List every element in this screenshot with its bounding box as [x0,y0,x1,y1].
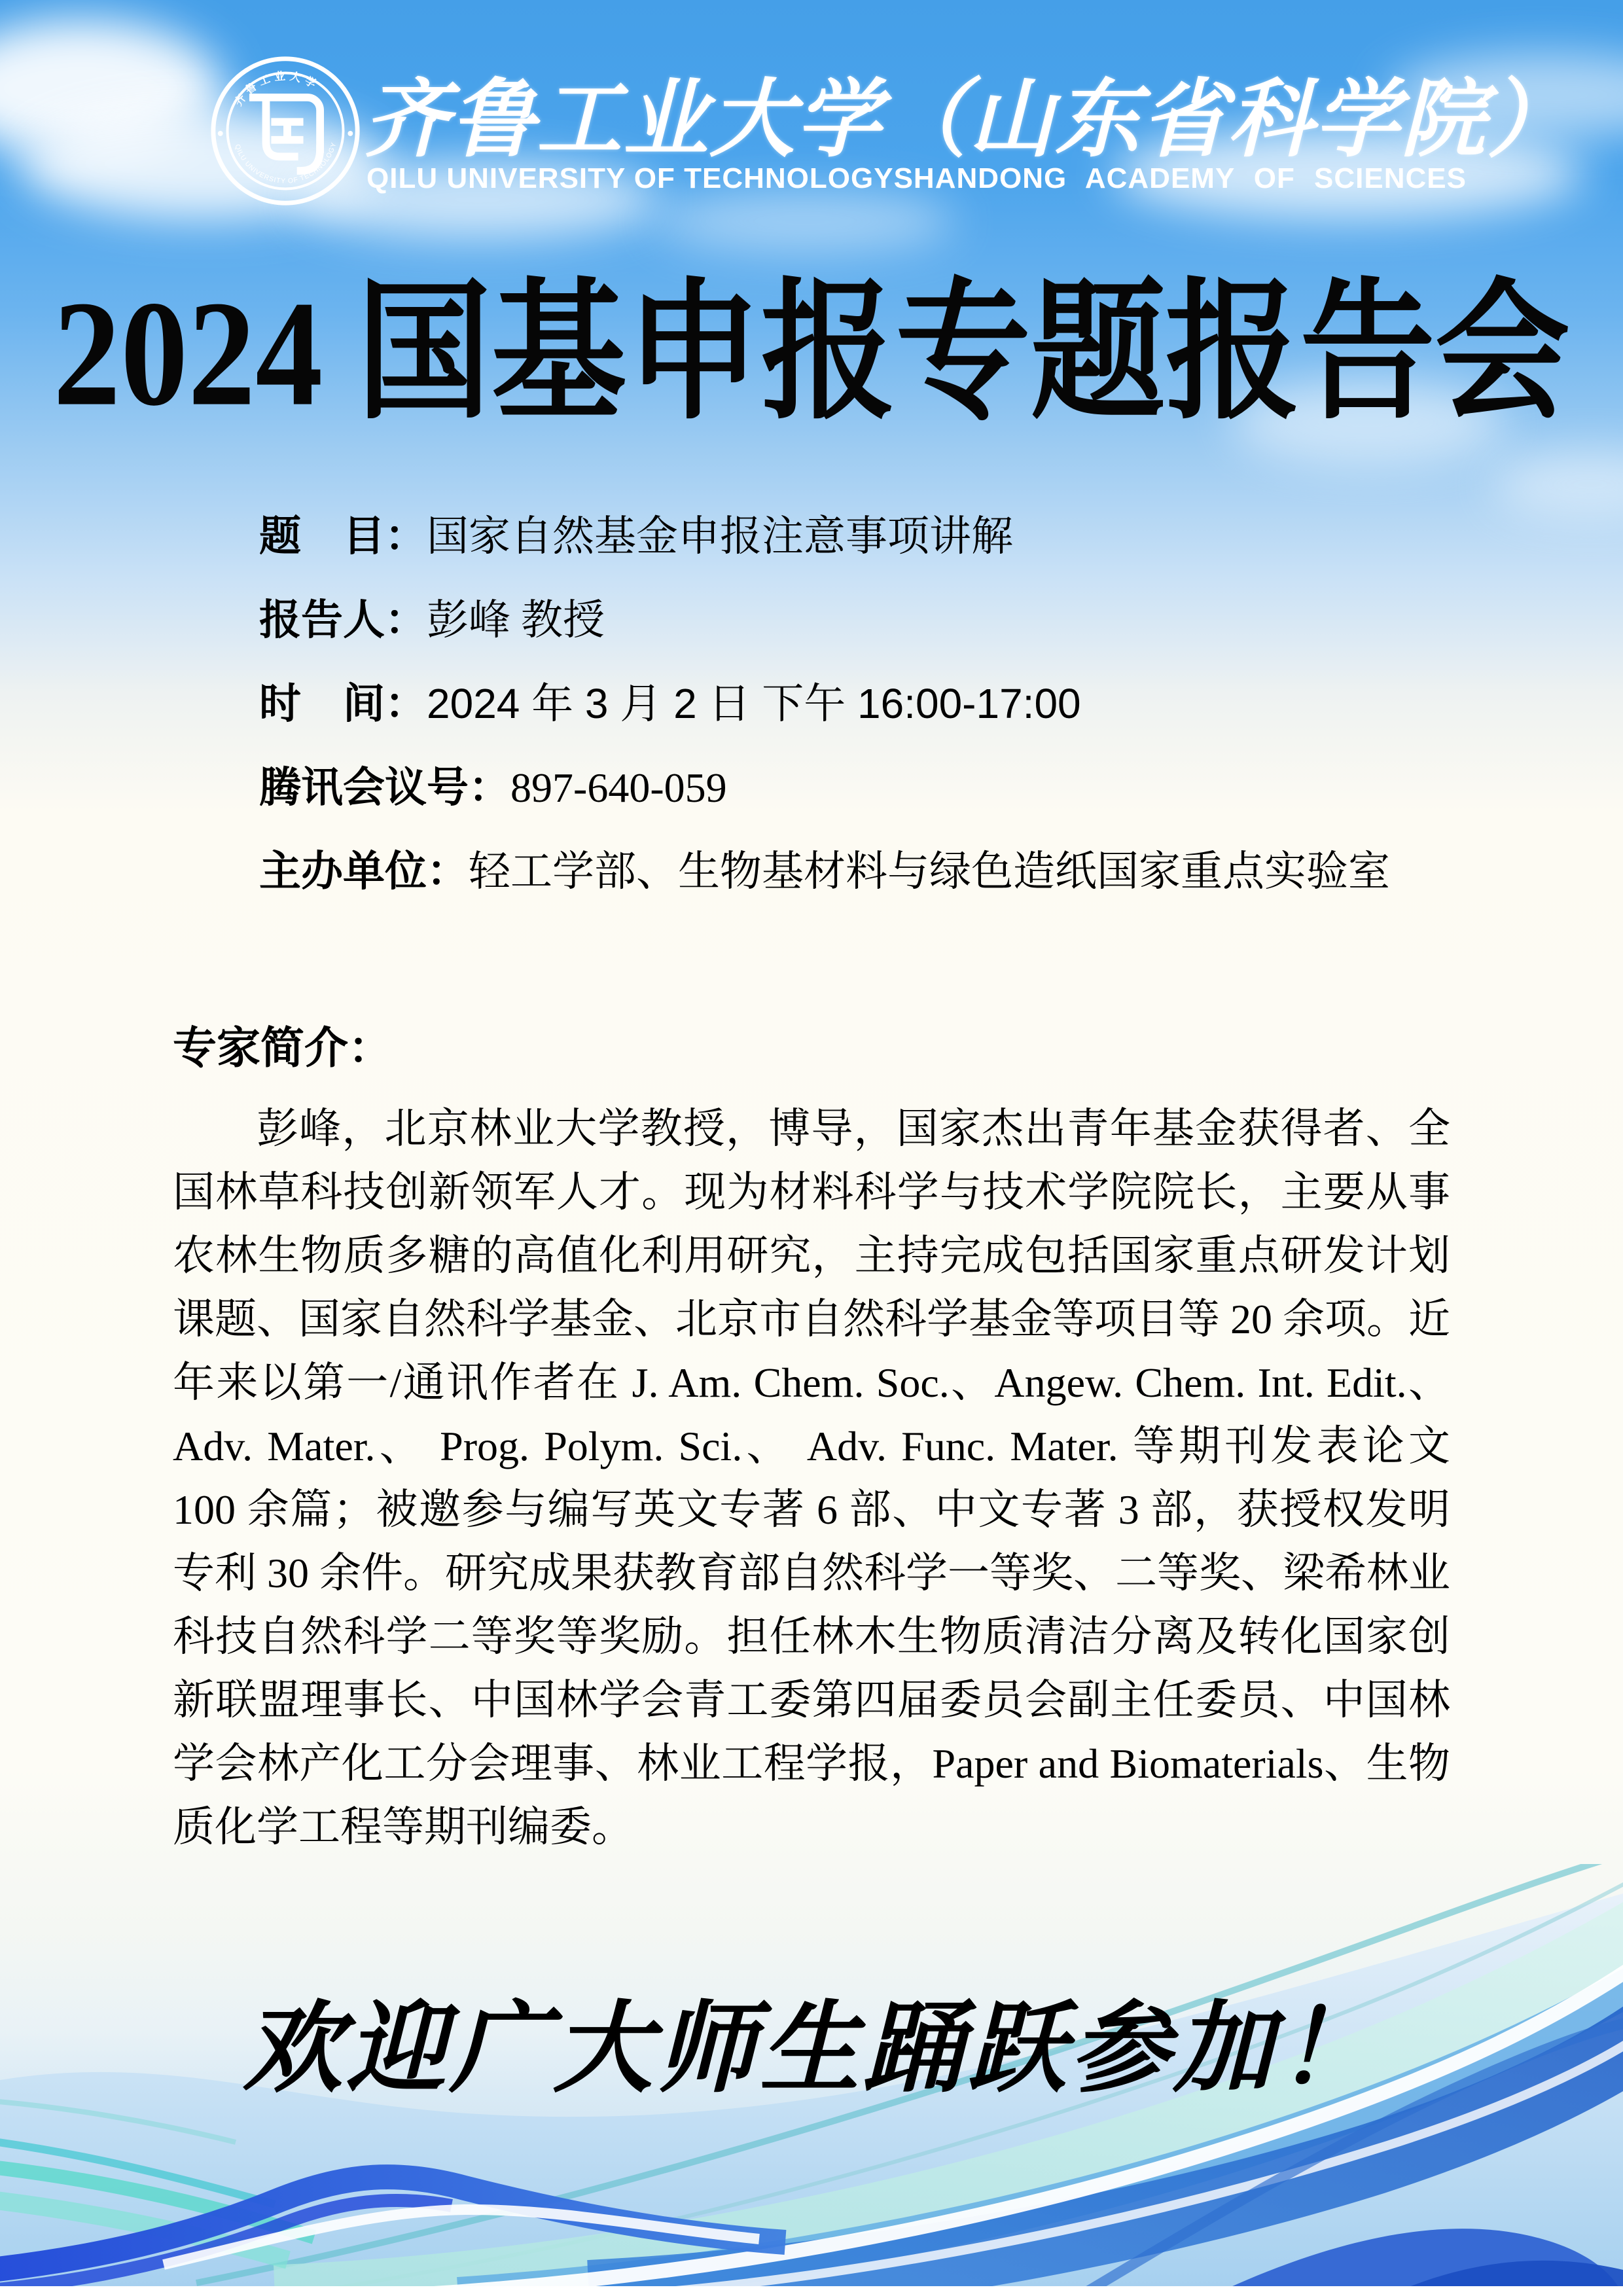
info-row-organizer: 主办单位：轻工学部、生物基材料与绿色造纸国家重点实验室 [259,838,1437,880]
organizer-value: 轻工学部、生物基材料与绿色造纸国家重点实验室 [469,848,1390,895]
svg-text:齐鲁工业大学: 齐鲁工业大学 [232,69,322,109]
university-name-en-right: SHANDONG ACADEMY OF SCIENCES [894,162,1467,195]
university-name-en-left: QILU UNIVERSITY OF TECHNOLOGY [366,162,894,195]
organizer-label: 主办单位： [259,848,469,895]
poster-title: 2024 国基申报专题报告会 [0,230,1623,448]
speaker-value: 彭峰 教授 [427,597,605,643]
info-row-time: 时 间：2024 年 3 月 2 日 下午 16:00-17:00 [259,670,1437,712]
time-value: 2024 年 3 月 2 日 下午 16:00-17:00 [427,680,1081,727]
cloud-decoration [1492,452,1623,517]
info-block: 题 目：国家自然基金申报注意事项讲解 报告人：彭峰 教授 时 间：2024 年 … [259,503,1437,922]
topic-value: 国家自然基金申报注意事项讲解 [427,512,1013,560]
meeting-id-label: 腾讯会议号： [259,764,510,811]
info-row-speaker: 报告人：彭峰 教授 [259,586,1437,628]
info-row-topic: 题 目：国家自然基金申报注意事项讲解 [259,503,1437,545]
info-row-meeting-id: 腾讯会议号：897-640-059 [259,754,1437,796]
meeting-id-value: 897-640-059 [510,764,727,811]
welcome-calligraphy: 欢迎广大师生踊跃参加！ [0,1969,1623,2111]
time-label: 时 间： [259,680,427,727]
seal-monogram [253,98,320,171]
university-name-en: QILU UNIVERSITY OF TECHNOLOGY SHANDONG A… [366,162,1257,195]
university-name-cn: 齐鲁工业大学（山东省科学院） [364,51,1398,172]
speaker-label: 报告人： [259,596,427,643]
topic-label: 题 目： [259,512,427,560]
seal-arc-top-text: 齐鲁工业大学 [232,69,322,109]
bio-heading: 专家简介： [173,1013,392,1076]
university-seal-logo: 齐鲁工业大学 QILU UNIVERSITY OF TECHNOLOGY [208,54,363,208]
poster-page: 齐鲁工业大学 QILU UNIVERSITY OF TECHNOLOGY 齐鲁工… [0,0,1623,2296]
bio-paragraph: 彭峰，北京林业大学教授，博导，国家杰出青年基金获得者、全国林草科技创新领军人才。… [173,1097,1450,1859]
